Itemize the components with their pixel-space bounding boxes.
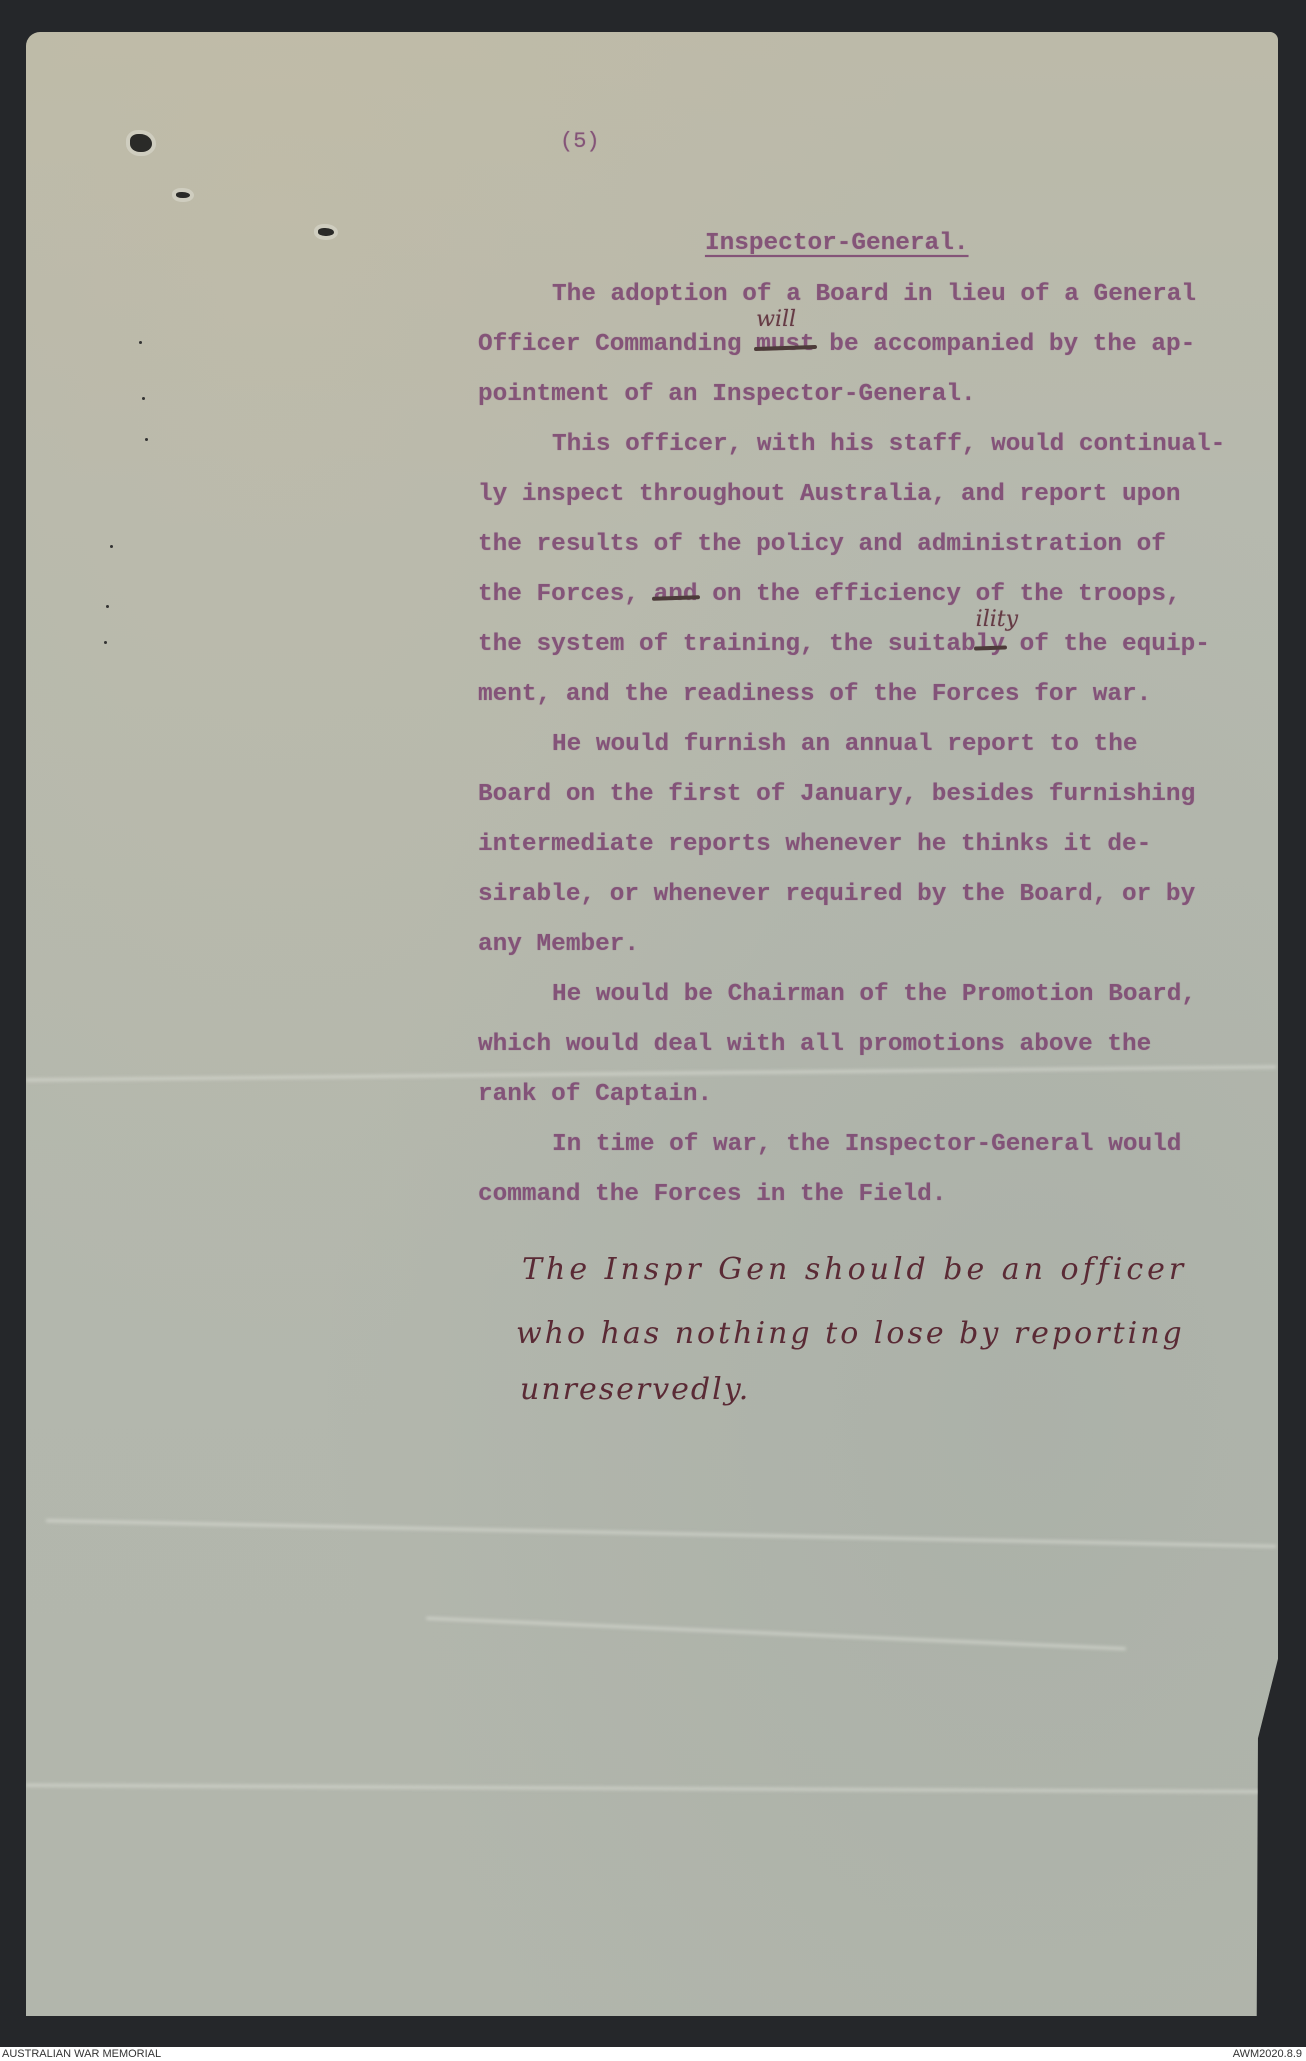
typed-line: the Forces, and on the efficiency of the… (478, 580, 1181, 610)
paper-crease (26, 1784, 1276, 1794)
pinhole (106, 605, 109, 608)
paper-tear (130, 134, 152, 152)
handwritten-line: unreservedly. (520, 1372, 750, 1407)
typed-text: of the equip- (1005, 631, 1210, 658)
footer-accession-number: AWM2020.8.9 (1233, 2047, 1302, 2061)
typed-line: He would furnish an annual report to the (552, 730, 1137, 760)
struck-word: and (654, 581, 698, 608)
typed-line: pointment of an Inspector-General. (478, 380, 976, 410)
typed-text: The adoption of a Board in lieu of a Gen… (552, 281, 1196, 308)
typed-text: which would deal with all promotions abo… (478, 1031, 1151, 1058)
typed-text: the system of training, the suitab (478, 631, 976, 658)
paper-tear (176, 192, 190, 198)
pinhole (139, 341, 142, 344)
typed-line: any Member. (478, 930, 639, 960)
typed-text: sirable, or whenever required by the Boa… (478, 881, 1195, 908)
typed-line: This officer, with his staff, would cont… (552, 430, 1225, 460)
typed-text: He would be Chairman of the Promotion Bo… (552, 981, 1196, 1008)
handwritten-correction: ility (976, 605, 1018, 635)
typed-line: Board on the first of January, besides f… (478, 780, 1195, 810)
paper-tear (318, 228, 334, 236)
typed-text: He would furnish an annual report to the (552, 731, 1137, 758)
typed-text: rank of Captain. (478, 1081, 712, 1108)
typed-text: Board on the first of January, besides f… (478, 781, 1195, 808)
typed-line: He would be Chairman of the Promotion Bo… (552, 980, 1196, 1010)
typed-line: sirable, or whenever required by the Boa… (478, 880, 1195, 910)
typed-text: the results of the policy and administra… (478, 531, 1166, 558)
typed-text: Officer Commanding (478, 331, 756, 358)
handwritten-line: who has nothing to lose by reporting (516, 1316, 1206, 1351)
footer-bar: AUSTRALIAN WAR MEMORIAL AWM2020.8.9 (0, 2047, 1306, 2061)
paper-crease (426, 1617, 1125, 1651)
typed-text: intermediate reports whenever he thinks … (478, 831, 1151, 858)
handwritten-line: The Inspr Gen should be an officer (522, 1252, 1212, 1287)
typed-text: This officer, with his staff, would cont… (552, 431, 1225, 458)
paper-crease (46, 1519, 1276, 1548)
struck-word: mustwill (756, 331, 815, 358)
typed-text: ly inspect throughout Australia, and rep… (478, 481, 1181, 508)
typed-line: In time of war, the Inspector-General wo… (552, 1130, 1181, 1160)
pinhole (110, 545, 113, 548)
footer-institution: AUSTRALIAN WAR MEMORIAL (2, 2047, 161, 2061)
typed-text: be accompanied by the ap- (815, 331, 1196, 358)
typed-text: command the Forces in the Field. (478, 1181, 946, 1208)
typed-line: rank of Captain. (478, 1080, 712, 1110)
typed-text: on the efficiency of the troops, (698, 581, 1181, 608)
typed-line: which would deal with all promotions abo… (478, 1030, 1151, 1060)
typed-line: ment, and the readiness of the Forces fo… (478, 680, 1151, 710)
typed-text: ment, and the readiness of the Forces fo… (478, 681, 1151, 708)
typed-text: In time of war, the Inspector-General wo… (552, 1131, 1181, 1158)
typed-line: the results of the policy and administra… (478, 530, 1166, 560)
typed-line: The adoption of a Board in lieu of a Gen… (552, 280, 1196, 310)
pinhole (104, 641, 107, 644)
typed-line: command the Forces in the Field. (478, 1180, 946, 1210)
typed-text: the Forces, (478, 581, 654, 608)
struck-word: lyility (976, 631, 1005, 658)
typed-line: ly inspect throughout Australia, and rep… (478, 480, 1181, 510)
section-title: Inspector-General. (705, 229, 968, 259)
pinhole (145, 438, 148, 441)
pinhole (142, 397, 145, 400)
typed-line: the system of training, the suitablyilit… (478, 630, 1210, 660)
handwritten-correction: will (756, 305, 796, 335)
typed-line: Officer Commanding mustwill be accompani… (478, 330, 1195, 360)
typed-line: intermediate reports whenever he thinks … (478, 830, 1151, 860)
typed-text: pointment of an Inspector-General. (478, 381, 976, 408)
typed-text: any Member. (478, 931, 639, 958)
page-number: (5) (560, 127, 600, 157)
